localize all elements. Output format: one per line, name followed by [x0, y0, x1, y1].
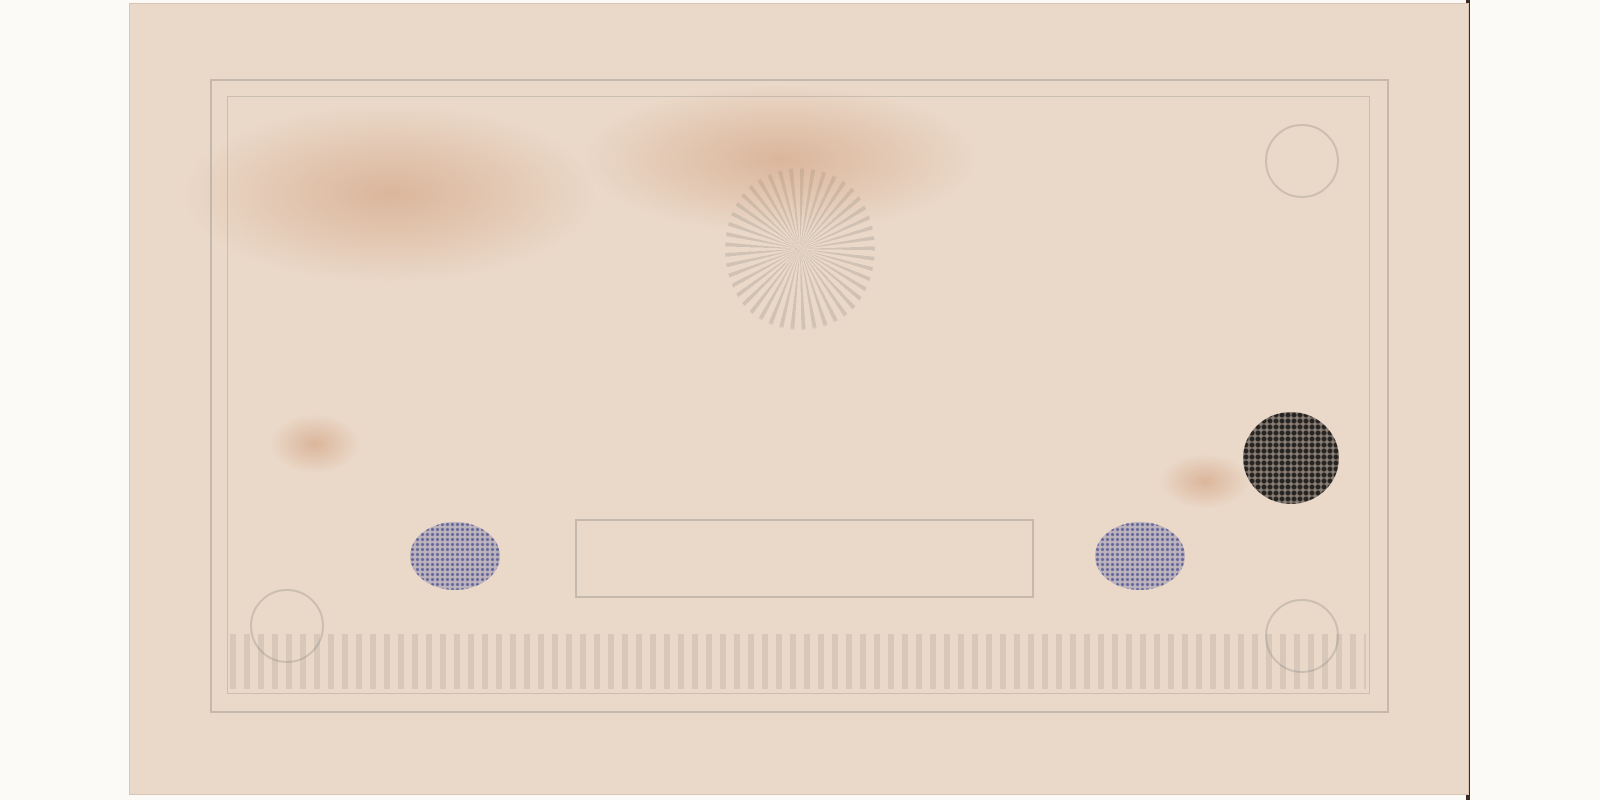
- banknote: [130, 4, 1468, 794]
- blue-ink-stamp: [1095, 522, 1185, 590]
- water-stain: [180, 104, 600, 284]
- corner-medallion: [250, 589, 324, 663]
- blue-ink-stamp: [410, 522, 500, 590]
- ornamental-band: [230, 634, 1366, 689]
- corner-medallion: [1265, 124, 1339, 198]
- black-seal-stamp: [1243, 412, 1339, 504]
- water-stain: [1160, 454, 1250, 509]
- water-stain: [580, 84, 980, 234]
- water-stain: [270, 414, 360, 474]
- central-text-panel: [575, 519, 1034, 598]
- corner-medallion: [1265, 599, 1339, 673]
